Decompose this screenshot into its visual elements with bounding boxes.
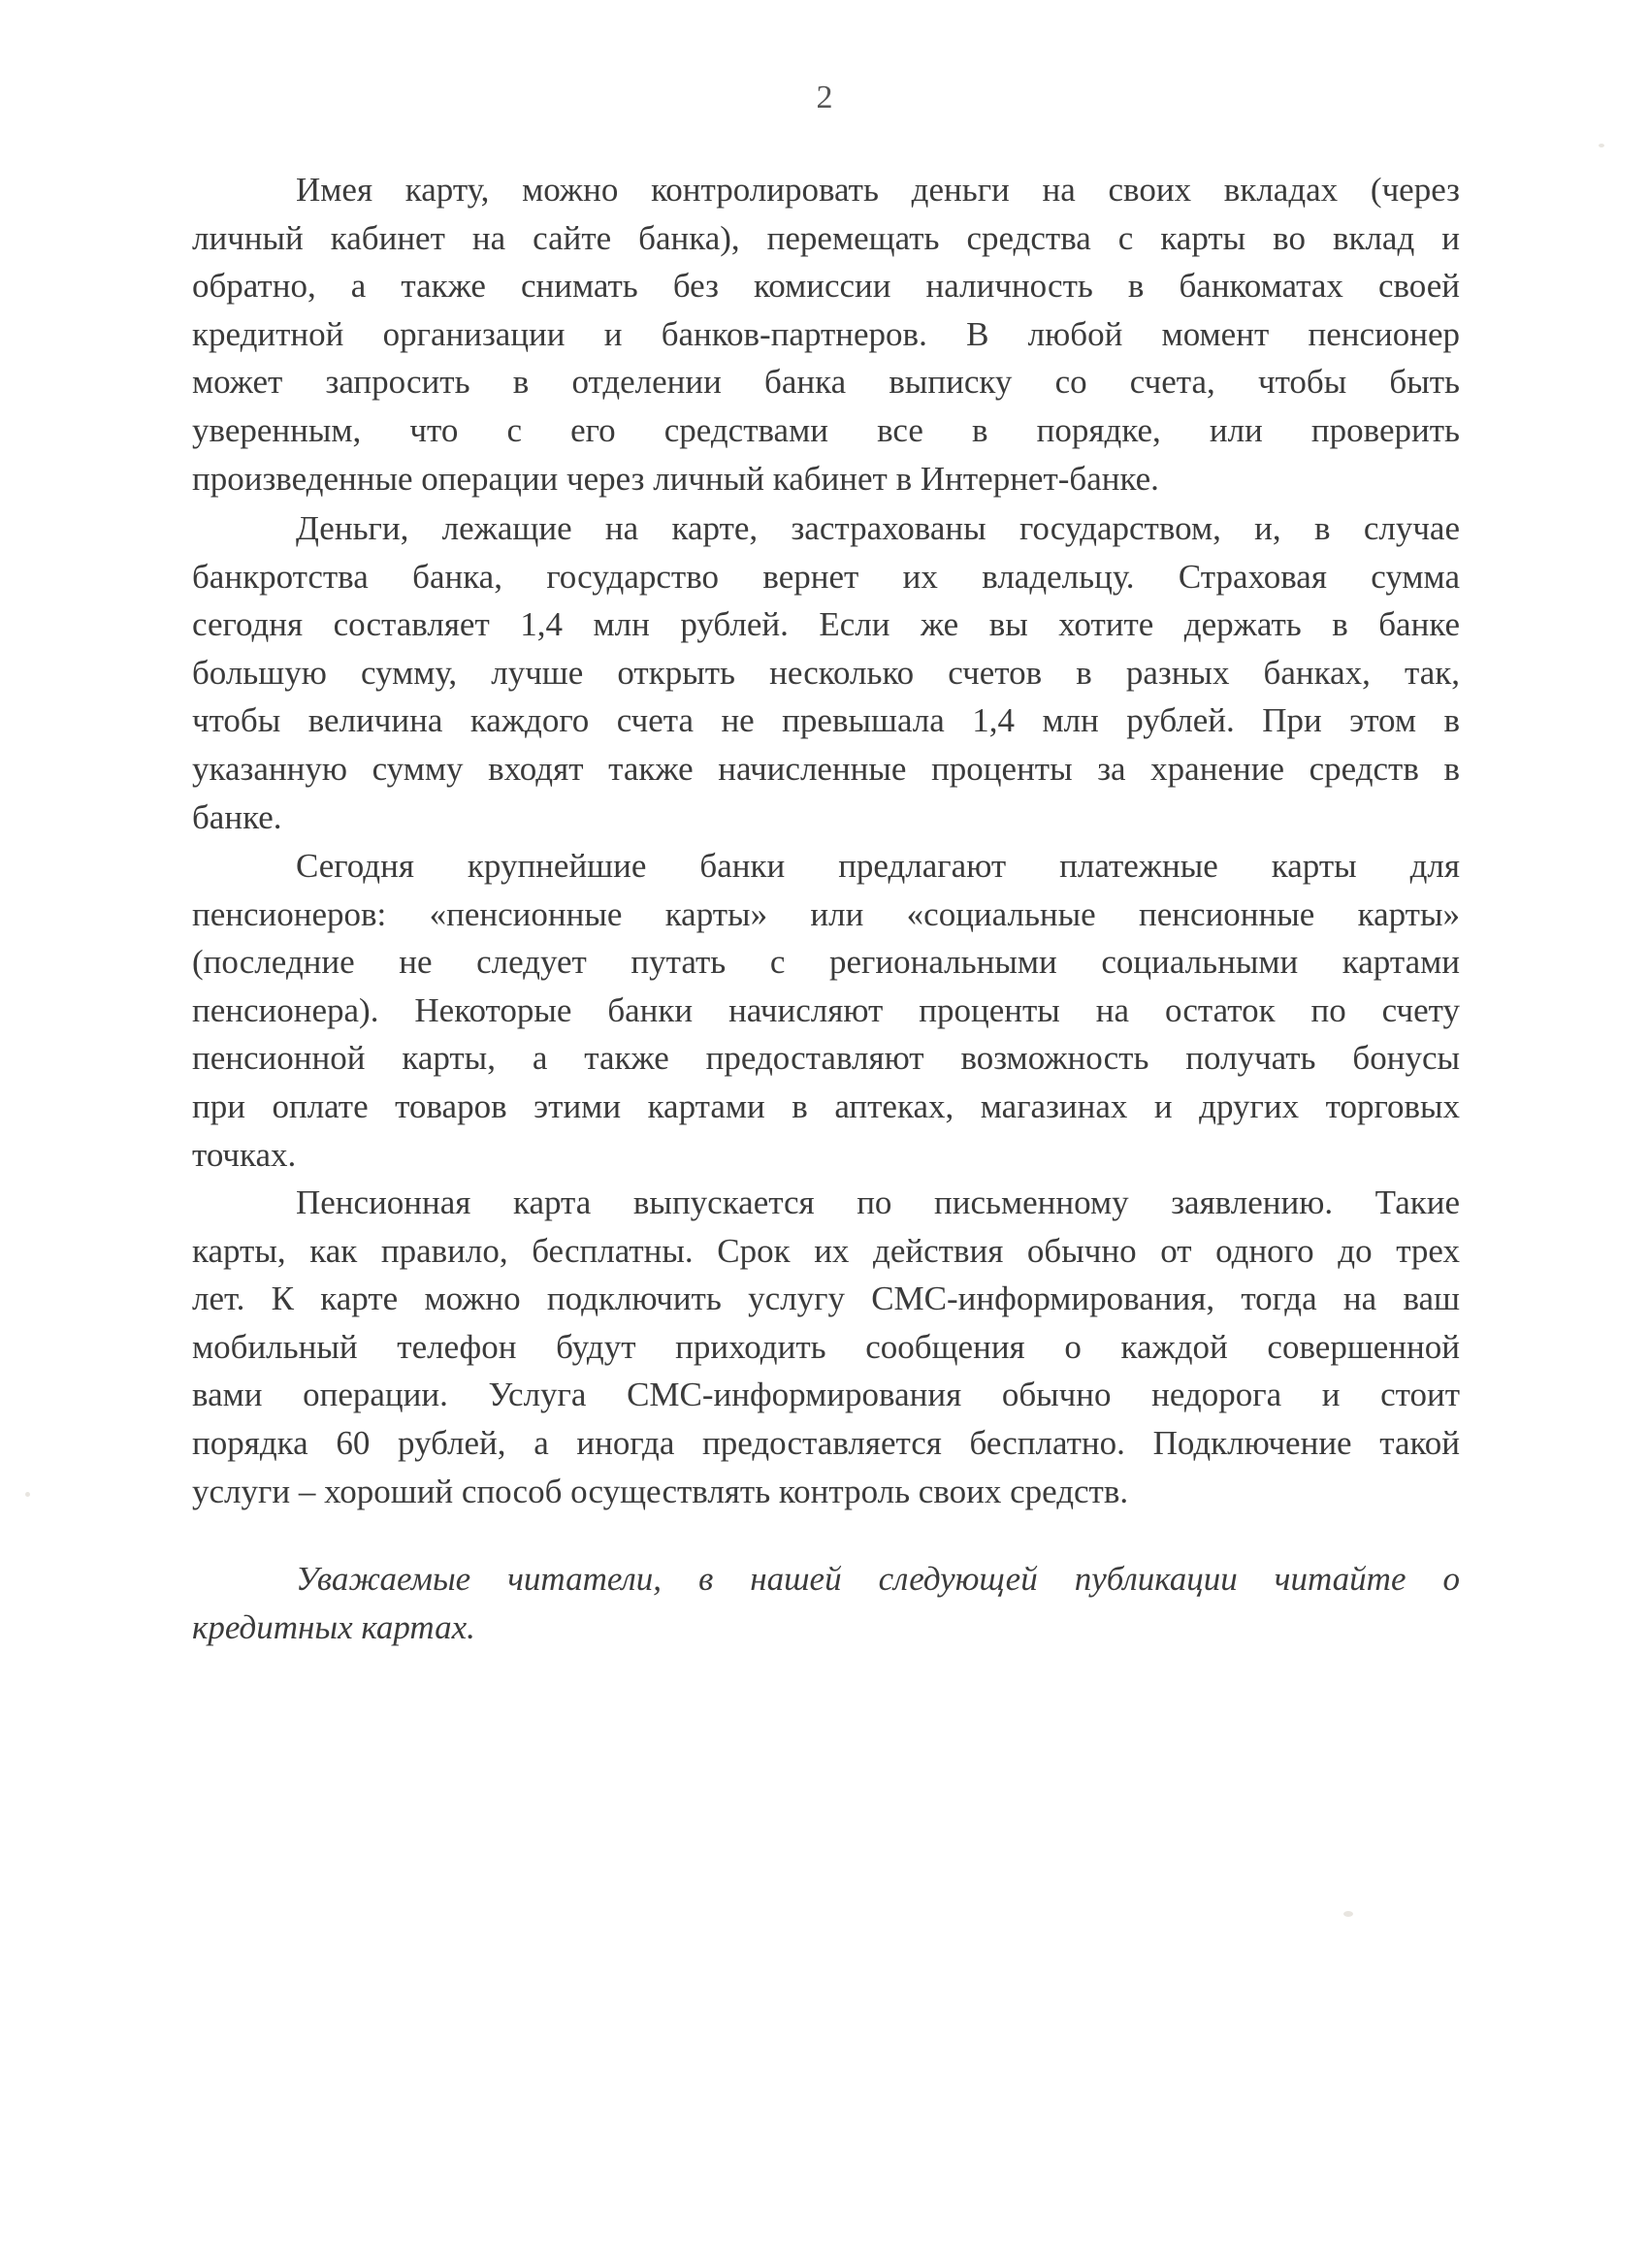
text-line: мобильный телефон будут приходить сообще… [192, 1323, 1460, 1372]
text-line: указанную сумму входят также начисленные… [192, 745, 1460, 794]
scan-speck [1599, 144, 1604, 147]
text-line: уверенным, что с его средствами все в по… [192, 406, 1460, 455]
text-line: пенсионной карты, а также предоставляют … [192, 1034, 1460, 1083]
text-line: сегодня составляет 1,4 млн рублей. Если … [192, 600, 1460, 649]
text-line: кредитной организации и банков-партнеров… [192, 310, 1460, 359]
text-line: Пенсионная карта выпускается по письменн… [192, 1179, 1460, 1227]
text-line: чтобы величина каждого счета не превышал… [192, 697, 1460, 745]
text-line: карты, как правило, бесплатны. Срок их д… [192, 1227, 1460, 1276]
text-line: Сегодня крупнейшие банки предлагают плат… [192, 842, 1460, 891]
text-line: Уважаемые читатели, в нашей следующей пу… [192, 1555, 1460, 1604]
text-line: вами операции. Услуга СМС-информирования… [192, 1371, 1460, 1419]
text-line: при оплате товаров этими картами в аптек… [192, 1083, 1460, 1131]
closing-note: Уважаемые читатели, в нашей следующей пу… [192, 1555, 1460, 1651]
text-line: (последние не следует путать с региональ… [192, 938, 1460, 987]
page-number: 2 [0, 80, 1649, 116]
text-line: пенсионера). Некоторые банки начисляют п… [192, 987, 1460, 1035]
text-line: порядка 60 рублей, а иногда предоставляе… [192, 1419, 1460, 1468]
text-line: большую сумму, лучше открыть несколько с… [192, 649, 1460, 697]
text-line: банкротства банка, государство вернет их… [192, 553, 1460, 601]
text-line: услуги – хороший способ осуществлять кон… [192, 1468, 1460, 1516]
text-line: точках. [192, 1131, 1460, 1180]
text-line: может запросить в отделении банка выписк… [192, 358, 1460, 406]
paragraph-pension-cards: Сегодня крупнейшие банки предлагают плат… [192, 842, 1460, 1179]
scan-speck [1343, 1911, 1353, 1917]
text-line: банке. [192, 794, 1460, 842]
text-line: пенсионеров: «пенсионные карты» или «соц… [192, 891, 1460, 939]
text-line: произведенные операции через личный каби… [192, 455, 1460, 503]
paragraph-card-control: Имея карту, можно контролировать деньги … [192, 166, 1460, 502]
text-line: личный кабинет на сайте банка), перемеща… [192, 214, 1460, 263]
scan-speck [25, 1492, 30, 1497]
text-line: Деньги, лежащие на карте, застрахованы г… [192, 504, 1460, 553]
text-line: обратно, а также снимать без комиссии на… [192, 262, 1460, 310]
text-line: Имея карту, можно контролировать деньги … [192, 166, 1460, 214]
paragraph-deposit-insurance: Деньги, лежащие на карте, застрахованы г… [192, 504, 1460, 841]
paragraph-sms-service: Пенсионная карта выпускается по письменн… [192, 1179, 1460, 1515]
text-line: кредитных картах. [192, 1604, 1460, 1652]
text-line: лет. К карте можно подключить услугу СМС… [192, 1275, 1460, 1323]
